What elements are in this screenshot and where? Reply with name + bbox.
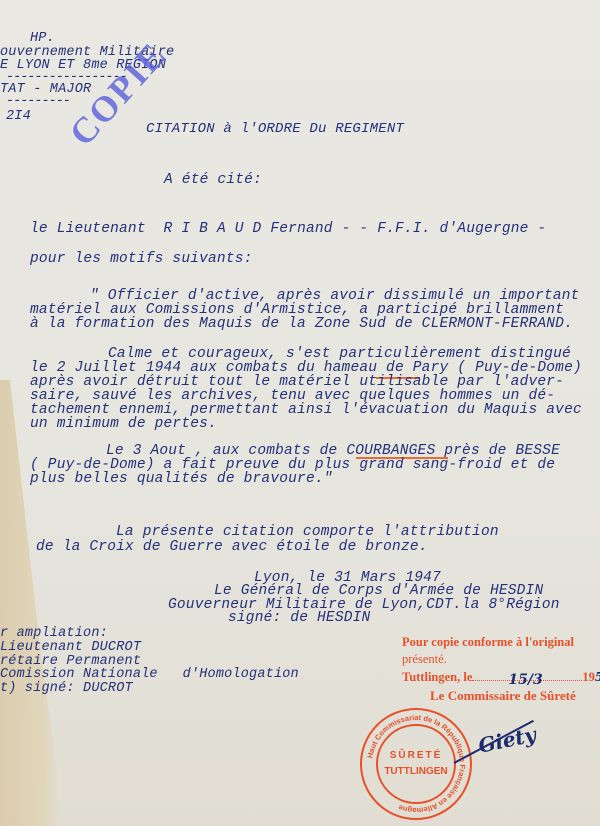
rank: le Lieutenant: [30, 221, 146, 237]
header-hp: HP.: [30, 31, 55, 46]
cited-person: le Lieutenant R I B A U D Fernand - - F.…: [30, 222, 546, 237]
seal-inner-circle: [376, 724, 456, 804]
para2-line: un minimum de pertes.: [30, 417, 217, 432]
motifs-label: pour les motifs suivants:: [30, 252, 253, 267]
certification-line3: Tuttlingen, le15/31950: [402, 670, 600, 685]
signature-signed: signé: de HESDIN: [228, 611, 370, 626]
attribution-line: La présente citation comporte l'attribut…: [116, 525, 499, 540]
cited-label: A été cité:: [164, 173, 262, 188]
handwritten-signature: Giety: [476, 722, 538, 758]
unit: - F.F.I. d'Augergne -: [359, 221, 546, 237]
document-title: CITATION à l'ORDRE Du REGIMENT: [146, 122, 404, 137]
ampliation-line: t) signé: DUCROT: [0, 681, 133, 696]
page-fold-shadow: [0, 380, 60, 826]
ampliation-line: Comission Nationale d'Homologation: [0, 667, 299, 682]
certification-line1: Pour copie conforme à l'original: [402, 635, 574, 650]
seal-center-line2: TUTTLINGEN: [362, 766, 470, 777]
date-blank: 15/3: [472, 680, 582, 681]
seal-center-line1: SÛRETÉ: [362, 750, 470, 761]
ampliation-line: r ampliation:: [0, 626, 108, 641]
year-prefix: 19: [582, 670, 595, 684]
attribution-line: de la Croix de Guerre avec étoile de bro…: [36, 540, 428, 555]
header-number: 2I4: [6, 109, 31, 124]
firstname: Fernand -: [270, 221, 350, 237]
certification-line4: Le Commissaire de Sûreté: [430, 688, 576, 704]
surete-seal: Haut Commissariat de la République Franç…: [360, 708, 472, 820]
document-page: HP. ouvernement Militaire E LYON ET 8me …: [0, 0, 600, 826]
certification-line2: présenté.: [402, 652, 447, 667]
surname: R I B A U D: [164, 221, 262, 237]
handwritten-year: 50: [595, 670, 600, 684]
para3-line: plus belles qualités de bravoure.": [30, 472, 333, 487]
certification-place: Tuttlingen, le: [402, 670, 472, 684]
para1-line: à la formation des Maquis de la Zone Sud…: [30, 317, 573, 332]
ampliation-line: Lieutenant DUCROT: [0, 640, 141, 655]
header-dashes2: ---------: [6, 94, 70, 109]
handwritten-date: 15/3: [508, 672, 542, 688]
